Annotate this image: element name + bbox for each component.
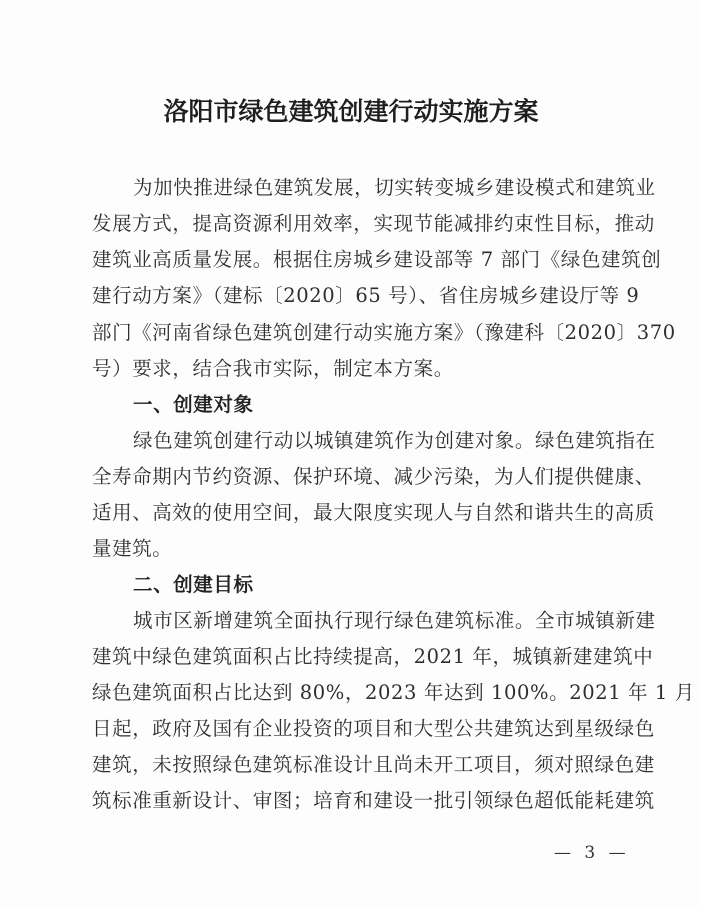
paragraph-2-line-1: 绿色建筑创建行动以城镇建筑作为创建对象。绿色建筑指在 bbox=[133, 423, 656, 459]
paragraph-3-line-2: 建筑中绿色建筑面积占比持续提高，2021 年，城镇新建建筑中 bbox=[92, 639, 620, 675]
paragraph-1-line-6: 号）要求，结合我市实际，制定本方案。 bbox=[92, 351, 454, 387]
paragraph-3-line-5: 建筑，未按照绿色建筑标准设计且尚未开工项目，须对照绿色建 bbox=[92, 747, 620, 783]
paragraph-1-line-4: 建行动方案》（建标〔2020〕65 号）、省住房城乡建设厅等 9 bbox=[92, 278, 620, 314]
section-heading-2: 二、创建目标 bbox=[133, 567, 254, 603]
paragraph-2-line-2: 全寿命期内节约资源、保护环境、减少污染，为人们提供健康、 bbox=[92, 459, 620, 495]
document-title: 洛阳市绿色建筑创建行动实施方案 bbox=[0, 92, 702, 128]
paragraph-3-line-4: 日起，政府及国有企业投资的项目和大型公共建筑达到星级绿色 bbox=[92, 711, 620, 747]
paragraph-1-line-1: 为加快推进绿色建筑发展，切实转变城乡建设模式和建筑业 bbox=[133, 170, 656, 206]
paragraph-3-line-1: 城市区新增建筑全面执行现行绿色建筑标准。全市城镇新建 bbox=[133, 603, 656, 639]
paragraph-1-line-3: 建筑业高质量发展。根据住房城乡建设部等 7 部门《绿色建筑创 bbox=[92, 242, 620, 278]
page-number: — 3 — bbox=[554, 843, 630, 863]
paragraph-1-line-5: 部门《河南省绿色建筑创建行动实施方案》（豫建科〔2020〕370 bbox=[92, 315, 620, 351]
paragraph-3-line-3: 绿色建筑面积占比达到 80%，2023 年达到 100%。2021 年 1 月 … bbox=[92, 675, 620, 711]
section-heading-1: 一、创建对象 bbox=[133, 387, 254, 423]
paragraph-1-line-2: 发展方式，提高资源利用效率，实现节能减排约束性目标，推动 bbox=[92, 206, 620, 242]
paragraph-2-line-3: 适用、高效的使用空间，最大限度实现人与自然和谐共生的高质 bbox=[92, 495, 620, 531]
paragraph-3-line-6: 筑标准重新设计、审图；培育和建设一批引领绿色超低能耗建筑 bbox=[92, 783, 620, 819]
paragraph-2-line-4: 量建筑。 bbox=[92, 531, 172, 567]
document-page: 洛阳市绿色建筑创建行动实施方案 为加快推进绿色建筑发展，切实转变城乡建设模式和建… bbox=[0, 0, 702, 910]
